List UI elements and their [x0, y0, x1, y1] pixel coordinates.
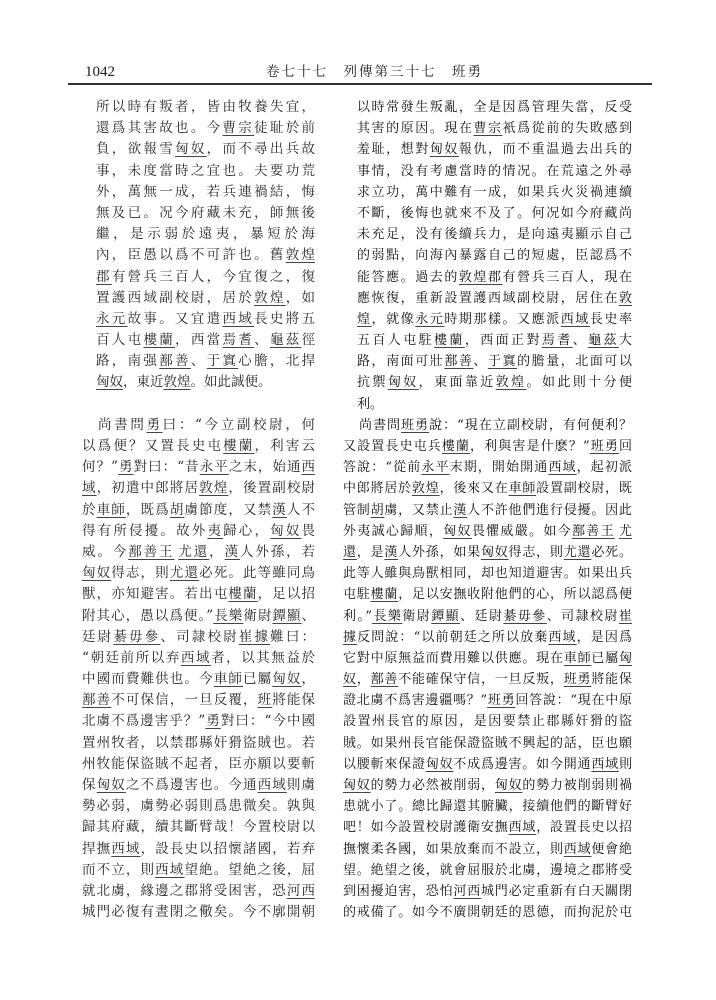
text-segment: 於	[82, 502, 97, 518]
text-segment: ，既爲	[126, 502, 170, 518]
text-segment: ，如	[286, 290, 315, 306]
paragraph: 尚書問班勇說：“現在立副校尉，有何便利？又設置長史屯兵樓蘭，利與害是什麽？”班勇…	[343, 415, 632, 924]
proper-noun: 永元	[96, 311, 128, 327]
proper-noun: 匈奴	[426, 757, 454, 772]
page-number: 1042	[85, 63, 115, 81]
text-segment: 則虜	[287, 777, 315, 793]
text-line: 州牧能保盜賊不起者，臣亦願以要斬	[82, 754, 315, 775]
text-line: 據反問說：“以前朝廷之所以放棄西域，是因爲	[343, 627, 632, 648]
text-segment: 、	[302, 608, 316, 624]
text-segment: 百人屯	[96, 332, 143, 348]
text-line: “朝廷前所以弃西域者，以其無益於	[82, 648, 315, 669]
text-segment: 撫懷柔各國，如果放棄而不設立，則	[343, 842, 564, 857]
text-segment: ，西當	[175, 332, 222, 348]
proper-noun: 勇	[146, 417, 162, 433]
proper-noun: 班	[258, 692, 273, 708]
proper-noun: 鐔顯	[431, 609, 460, 624]
proper-noun: 郡	[96, 269, 112, 285]
proper-noun: 敦煌	[286, 247, 315, 263]
text-segment: 中國而費難供也。今	[82, 671, 214, 687]
proper-noun: 勇	[118, 459, 134, 475]
text-line: 負，欲報雪匈奴，而不尋出兵故	[82, 139, 315, 160]
proper-noun: 西域	[564, 842, 592, 857]
text-line: 域，初遣中郎將居敦煌，後置副校尉	[82, 478, 315, 499]
text-segment: 、司隷校尉	[160, 629, 238, 645]
text-segment: 之末，始通	[229, 459, 302, 475]
text-segment: 勢必弱，虜勢必弱則爲患微矣。孰與	[82, 798, 315, 814]
proper-noun: 焉耆	[223, 332, 255, 348]
text-segment: 內，臣愚以爲不可許也。舊	[96, 247, 286, 263]
text-segment: 衛尉	[243, 608, 272, 624]
text-segment: 路，南面可壯	[357, 354, 444, 369]
text-segment: 不可保信，一旦反覆，	[111, 692, 257, 708]
text-line: 外夷誠心歸順，匈奴畏懼威嚴。如今鄯善王尤	[343, 521, 632, 542]
running-title: 卷七十七 列傳第三十七 班勇	[266, 63, 483, 81]
proper-noun: 煌	[357, 312, 372, 327]
text-line: 又設置長史屯兵樓蘭，利與害是什麽？”班勇回	[343, 436, 632, 457]
proper-noun: 漢	[272, 502, 287, 518]
proper-noun: 西域	[509, 820, 537, 835]
text-segment: 畏懼威嚴。如今	[472, 524, 572, 539]
text-segment: 人不	[287, 502, 315, 518]
proper-noun: 樓蘭	[223, 438, 254, 454]
text-segment: 將能保	[272, 692, 315, 708]
text-segment: 路，南强	[96, 353, 159, 369]
text-line: 永元故事。又宜遣西域長史將五	[82, 309, 315, 330]
proper-noun: 敦煌	[496, 375, 527, 390]
text-segment: 有營兵三百人，現在	[503, 270, 632, 285]
proper-noun: 匈奴	[495, 778, 523, 793]
text-segment: 得志，則	[111, 565, 170, 581]
text-line: 而不立，則西域望絶。望絶之後，屈	[82, 860, 315, 881]
proper-noun: 長樂	[213, 608, 243, 624]
text-segment: 曰：“今立副校尉，何	[163, 417, 315, 433]
text-segment: 、司隷校尉	[547, 609, 619, 624]
proper-noun: 鄯善	[159, 353, 191, 369]
proper-noun: 尤	[619, 524, 632, 539]
text-line: 還，是漢人外孫，如果匈奴得志，則尤還必死。	[343, 542, 632, 563]
text-segment: 反問說：“以前朝廷之所以放棄	[357, 630, 548, 645]
text-segment: 者，以其無益於	[211, 650, 315, 666]
text-line: 中郎將居於敦煌，後來又在車師設置副校尉，既	[343, 478, 632, 499]
text-segment: ，設長史以招懷諸國，若弃	[141, 841, 315, 857]
text-line: 北虜不爲邊害乎？”勇對曰：“今中國	[82, 711, 315, 732]
text-segment: 就北虜，緣邊之郡將受困害，恐	[82, 883, 287, 899]
proper-noun: 車師	[509, 481, 537, 496]
text-segment: 它對中原無益而費用難以供應。現在	[343, 651, 564, 666]
text-line: 還爲其害故也。今曹宗徒耻於前	[82, 118, 315, 139]
text-segment: 到困擾迫害，恐怕	[343, 884, 453, 899]
text-line: 管制胡虜，又禁止漢人不許他們進行侵擾。因此	[343, 500, 632, 521]
text-segment: 人不許他們進行侵擾。因此	[467, 503, 632, 518]
text-segment: 保	[82, 777, 97, 793]
text-line: 事，未度當時之宜也。夫要功荒	[82, 161, 315, 182]
text-line: 以時常發生叛亂，全是因爲管理失當，反受	[343, 97, 632, 118]
text-line: 保匈奴之不爲邊害也。今通西域則虜	[82, 775, 315, 796]
text-segment: 不成爲邊害。如今開通	[453, 757, 591, 772]
text-line: 路，南强鄯善、于窴心膽，北捍	[82, 351, 315, 372]
text-segment: 不能確保守信，一旦反叛，	[398, 672, 564, 687]
text-segment: 證北虜不爲害邊疆嗎？”	[343, 693, 487, 708]
text-segment: 獸，亦知避害。若出屯	[82, 586, 228, 602]
proper-noun: 域	[82, 480, 97, 496]
text-segment: 患就小了。總比歸還其腑臟，接續他們的斷臂好	[343, 799, 632, 814]
text-segment: 能答應。過去的	[357, 270, 459, 285]
text-segment: 還爲其害故也。今	[96, 120, 222, 136]
text-line: 獸，亦知避害。若出屯樓蘭，足以招	[82, 584, 315, 605]
text-segment: 對曰：“昔	[134, 459, 200, 475]
text-line: 的弱點，向海內暴露自己的短處，臣認爲不	[343, 245, 632, 266]
paragraph: 以時常發生叛亂，全是因爲管理失當，反受其害的原因。現在曹宗衹爲從前的失敗感到羞耻…	[343, 97, 632, 415]
text-line: 屯駐樓蘭，足以安撫收附他們的心，所以認爲便	[343, 584, 632, 605]
proper-noun: 樓蘭	[143, 332, 175, 348]
text-line: 奴，鄯善不能確保守信，一旦反叛，班勇將能保	[343, 669, 632, 690]
text-segment: 望絶。望絶之後，屈	[184, 862, 315, 878]
proper-noun: 敦煌	[164, 374, 191, 390]
text-segment: 人外孫，若	[240, 544, 315, 560]
text-line: 此等人雖與鳥獸相同，却也知道避害。如果出兵	[343, 563, 632, 584]
proper-noun: 勇	[205, 713, 221, 729]
text-segment: 的勢力必然被削弱，	[371, 778, 495, 793]
proper-noun: 龜茲	[588, 333, 619, 348]
text-line: 煌，就像永元時期那樣。又應派西域長史率	[343, 309, 632, 330]
proper-noun: 漢	[225, 544, 240, 560]
proper-noun: 胡	[170, 502, 185, 518]
text-segment: 外夷誠心歸順，	[343, 524, 443, 539]
proper-noun: 匈奴	[270, 523, 301, 539]
proper-noun: 班勇	[487, 693, 515, 708]
text-segment: 城門必定重新有白天關閉	[481, 884, 632, 899]
text-segment: 尚書問	[359, 418, 401, 433]
text-segment: 屯駐	[343, 587, 371, 602]
text-segment: 北虜不爲邊害乎？”	[82, 713, 205, 729]
text-segment: 利。”	[343, 609, 372, 624]
text-segment: 。如此則十分便	[527, 375, 632, 390]
text-segment: 徑	[302, 332, 316, 348]
text-line: 捍撫西域，設長史以招懷諸國，若弃	[82, 839, 315, 860]
proper-noun: 尤還	[170, 565, 199, 581]
text-segment: 回答說：“現在中原	[515, 693, 632, 708]
text-segment: 管制	[343, 503, 371, 518]
proper-noun: 綦毋參	[113, 629, 160, 645]
text-segment: ，	[357, 672, 371, 687]
text-segment: 五百人屯駐	[357, 333, 434, 348]
proper-noun: 敦煌	[254, 290, 286, 306]
proper-noun: 匈奴	[82, 565, 111, 581]
text-segment: 置護西域副校尉，居於	[96, 290, 254, 306]
proper-noun: 樓蘭	[442, 439, 470, 454]
text-segment: ，	[209, 544, 224, 560]
text-segment: 以腰斬來保證	[343, 757, 426, 772]
proper-noun: 漢	[453, 503, 467, 518]
proper-noun: 據	[343, 630, 357, 645]
text-segment: 事情，没有考慮當時的情况。在荒遠之外尋	[357, 164, 632, 179]
proper-noun: 崔	[619, 609, 632, 624]
text-line: 何？”勇對曰：“昔永平之末，始通西	[82, 457, 315, 478]
text-segment: 城門必復有晝閉之儆矣。今不廓開朝	[82, 904, 315, 920]
proper-noun: 長樂	[372, 609, 402, 624]
header-rule	[68, 83, 652, 85]
proper-noun: 匈奴	[96, 374, 123, 390]
text-segment: ，東面靠近	[419, 375, 496, 390]
text-line: 百人屯樓蘭，西當焉耆、龜茲徑	[82, 330, 315, 351]
text-line: 得有所侵擾。故外夷歸心，匈奴畏	[82, 521, 315, 542]
text-segment: 所以時有叛者，皆由牧養失宜，	[96, 99, 315, 115]
text-line: 尚書問勇曰：“今立副校尉，何	[82, 415, 315, 436]
text-line: 威。今鄯善王尤還，漢人外孫，若	[82, 542, 315, 563]
proper-noun: 樓蘭	[371, 587, 399, 602]
text-line: 事情，没有考慮當時的情况。在荒遠之外尋	[343, 161, 632, 182]
text-line: 應恢復，重新設置護西域副校尉，居住在敦	[343, 288, 632, 309]
proper-noun: 夷	[207, 523, 223, 539]
text-line: 的戒備了。如今不廣開朝廷的恩德，而拘泥於屯	[343, 902, 632, 923]
proper-noun: 龜茲	[270, 332, 302, 348]
text-segment: 置州牧者，以禁郡縣奸猾盜賊也。若	[82, 735, 315, 751]
proper-noun: 班勇	[564, 672, 592, 687]
text-line: 附其心，愚以爲便。”長樂衛尉鐔顯、	[82, 606, 315, 627]
proper-noun: 匈奴	[443, 524, 472, 539]
text-segment: 得有所侵擾。故外	[82, 523, 207, 539]
text-segment: 已屬	[243, 671, 272, 687]
proper-noun: 漢	[384, 545, 398, 560]
text-line: 尚書問班勇說：“現在立副校尉，有何便利？	[343, 415, 632, 436]
text-line: 設置州長官的原因，是因要禁止郡縣奸猾的盜	[343, 711, 632, 732]
proper-noun: 還	[343, 545, 357, 560]
proper-noun: 鄯善	[444, 354, 473, 369]
text-line: 到困擾迫害，恐怕河西城門必定重新有白天關閉	[343, 881, 632, 902]
proper-noun: 匈奴	[481, 545, 509, 560]
text-segment: 威。今	[82, 544, 128, 560]
proper-noun: 崔據	[239, 629, 270, 645]
proper-noun: 班勇	[401, 418, 429, 433]
text-segment: 外，萬無一成，若兵連禍結，悔	[96, 184, 315, 200]
proper-noun: 鄯善王	[572, 524, 615, 539]
proper-noun: 鄯善	[82, 692, 111, 708]
proper-noun: 匈奴	[343, 778, 371, 793]
text-segment: 尚書問	[98, 417, 146, 433]
text-segment: 州牧能保盜賊不起者，臣亦願以要斬	[82, 756, 315, 772]
text-segment: 負，欲報雪	[96, 141, 175, 157]
text-line: 鄯善不可保信，一旦反覆，班將能保	[82, 690, 315, 711]
text-segment: 畏	[302, 523, 316, 539]
text-line: 撫懷柔各國，如果放棄而不設立，則西域便會絶	[343, 839, 632, 860]
text-segment: 虜，又禁止	[384, 503, 453, 518]
text-segment: 的戒備了。如今不廣開朝廷的恩德，而拘泥於屯	[343, 905, 632, 920]
text-segment: 中郎將居於	[343, 481, 412, 496]
text-segment: 繼，是示弱於遠夷，暴短於海	[96, 226, 315, 242]
text-line: 賊。如果州長官能保證盜賊不興起的話，臣也願	[343, 733, 632, 754]
text-segment: 求立功，萬中難有一成，如果兵火災禍連續	[357, 185, 632, 200]
paragraph: 所以時有叛者，皆由牧養失宜，還爲其害故也。今曹宗徒耻於前負，欲報雪匈奴，而不尋出…	[82, 97, 315, 394]
text-segment: 事，未度當時之宜也。夫要功荒	[96, 163, 315, 179]
original-text-column: 所以時有叛者，皆由牧養失宜，還爲其害故也。今曹宗徒耻於前負，欲報雪匈奴，而不尋出…	[82, 97, 315, 923]
text-line: 匈奴，東近敦煌。如此誠便。	[82, 372, 315, 393]
proper-noun: 西域	[548, 630, 576, 645]
text-segment: ，西面正對	[465, 333, 542, 348]
text-segment: 利。	[357, 397, 383, 412]
text-line: 證北虜不爲害邊疆嗎？”班勇回答說：“現在中原	[343, 690, 632, 711]
proper-noun: 曹宗	[473, 121, 502, 136]
text-segment: 此等人雖與鳥獸相同，却也知道避害。如果出兵	[343, 566, 632, 581]
text-segment: 捍撫	[82, 841, 111, 857]
text-line: 廷尉綦毋參、司隷校尉崔據難曰：	[82, 627, 315, 648]
text-segment: 對曰：“今中國	[221, 713, 315, 729]
text-segment: 歸其府藏，續其斷臂哉！今置校尉以	[82, 819, 315, 835]
text-line: 城門必復有晝閉之儆矣。今不廓開朝	[82, 902, 315, 923]
text-segment: 應恢復，重新設置護西域副校尉，居住在	[357, 291, 619, 306]
proper-noun: 匈奴	[272, 671, 301, 687]
proper-noun: 西域	[258, 777, 287, 793]
text-segment: 、	[473, 354, 488, 369]
text-line: 能答應。過去的敦煌郡有營兵三百人，現在	[343, 267, 632, 288]
text-segment: 答說：“從前	[343, 460, 421, 475]
text-line: 匈奴得志，則尤還必死。此等雖同鳥	[82, 563, 315, 584]
text-segment: ，利與害是什麽？”	[470, 439, 590, 454]
text-line: 匈奴的勢力必然被削弱，匈奴的勢力被削弱則禍	[343, 775, 632, 796]
text-segment: 吧！如今設置校尉護衛安撫	[343, 820, 509, 835]
text-segment: ，足以安撫收附他們的心，所以認爲便	[398, 587, 632, 602]
text-segment: 歸心，	[223, 523, 270, 539]
text-segment: 已屬	[591, 651, 619, 666]
proper-noun: 樓蘭	[228, 586, 257, 602]
text-line: 郡有營兵三百人，今宜復之，復	[82, 267, 315, 288]
text-line: 繼，是示弱於遠夷，暴短於海	[82, 224, 315, 245]
proper-noun: 西域	[561, 312, 590, 327]
proper-noun: 班勇	[590, 439, 619, 454]
text-segment: 附其心，愚以爲便。”	[82, 608, 213, 624]
text-segment: ，設置長史以招	[536, 820, 632, 835]
text-segment: 、	[573, 333, 588, 348]
text-line: 利。”長樂衛尉鐔顯、廷尉綦毋參、司隷校尉崔	[343, 606, 632, 627]
text-line: 望。絶望之後，就會屈服於北虜，邊境之郡將受	[343, 860, 632, 881]
text-segment: 虜節度，又禁	[184, 502, 272, 518]
text-segment: 必死。	[591, 545, 632, 560]
proper-noun: 焉耆	[542, 333, 573, 348]
text-line: 未充足，没有後續兵力，是向遠夷顯示自己	[343, 224, 632, 245]
text-segment: 便會絶	[591, 842, 632, 857]
text-segment: 長史將五	[254, 311, 315, 327]
text-segment: 之不爲邊害也。今通	[126, 777, 258, 793]
proper-noun: 車師	[214, 671, 243, 687]
proper-noun: 敦煌	[199, 480, 228, 496]
text-segment: 以爲便？又置長史屯	[82, 438, 223, 454]
text-line: 吧！如今設置校尉護衛安撫西域，設置長史以招	[343, 817, 632, 838]
proper-noun: 樓蘭	[434, 333, 465, 348]
proper-noun: 西域	[111, 841, 140, 857]
text-segment: 賊。如果州長官能保證盜賊不興起的話，臣也願	[343, 736, 632, 751]
proper-noun: 敦煌	[412, 481, 440, 496]
text-segment: 心膽，北捍	[238, 353, 315, 369]
text-line: 患就小了。總比歸還其腑臟，接續他們的斷臂好	[343, 796, 632, 817]
text-segment: 羞耻，想對	[357, 142, 430, 157]
proper-noun: 匈	[619, 651, 632, 666]
text-segment: 而不立，則	[82, 862, 155, 878]
proper-noun: 西域	[222, 311, 254, 327]
proper-noun: 西域	[548, 460, 576, 475]
text-segment: 不斷，後悔也就來不及了。何况如今府藏尚	[357, 206, 632, 221]
text-segment: 報仇，而不重温過去出兵的	[459, 142, 632, 157]
text-segment: ，	[302, 671, 316, 687]
text-segment: 時期那樣。又應派	[444, 312, 560, 327]
text-segment: 廷尉	[82, 629, 113, 645]
text-segment: 衛尉	[402, 609, 431, 624]
proper-noun: 敦	[619, 291, 632, 306]
proper-noun: 胡	[371, 503, 385, 518]
proper-noun: 車師	[564, 651, 592, 666]
text-segment: ，足以招	[258, 586, 315, 602]
text-segment: 、廷尉	[460, 609, 503, 624]
proper-noun: 鐔顯	[272, 608, 301, 624]
proper-noun: 奴	[343, 672, 357, 687]
text-segment: ，東近	[123, 374, 164, 390]
text-line: 羞耻，想對匈奴報仇，而不重温過去出兵的	[343, 139, 632, 160]
text-segment: 長史率	[590, 312, 632, 327]
text-segment: 說：“現在立副校尉，有何便利？	[429, 418, 632, 433]
text-line: 利。	[343, 394, 632, 415]
text-segment: 衹爲從前的失敗感到	[503, 121, 632, 136]
text-line: 以爲便？又置長史屯樓蘭，利害云	[82, 436, 315, 457]
text-segment: 得志，則	[509, 545, 564, 560]
text-segment: 的弱點，向海內暴露自己的短處，臣認爲不	[357, 248, 632, 263]
text-line: 就北虜，緣邊之郡將受困害，恐河西	[82, 881, 315, 902]
text-segment: 回	[619, 439, 632, 454]
proper-noun: 西域	[591, 757, 619, 772]
text-segment: ，後來又在	[440, 481, 509, 496]
text-segment: 有營兵三百人，今宜復之，復	[112, 269, 315, 285]
proper-noun: 敦煌郡	[459, 270, 503, 285]
text-line: 歸其府藏，續其斷臂哉！今置校尉以	[82, 817, 315, 838]
text-segment: 。如此誠便。	[191, 374, 272, 390]
text-line: 中國而費難供也。今車師已屬匈奴，	[82, 669, 315, 690]
proper-noun: 西域	[181, 650, 211, 666]
proper-noun: 西	[302, 459, 316, 475]
proper-noun: 永平	[421, 460, 449, 475]
text-line: 五百人屯駐樓蘭，西面正對焉耆、龜茲大	[343, 330, 632, 351]
text-line: 它對中原無益而費用難以供應。現在車師已屬匈	[343, 648, 632, 669]
proper-noun: 鄯善王	[128, 544, 174, 560]
text-line: 不斷，後悔也就來不及了。何况如今府藏尚	[343, 203, 632, 224]
proper-noun: 匈奴	[388, 375, 419, 390]
text-segment: 末期，開始開通	[450, 460, 549, 475]
text-line: 無及已。况今府藏未充，師無後	[82, 203, 315, 224]
text-line: 所以時有叛者，皆由牧養失宜，	[82, 97, 315, 118]
text-segment: ，初遣中郎將居	[97, 480, 199, 496]
text-segment: 難曰：	[270, 629, 315, 645]
proper-noun: 于窴	[488, 354, 517, 369]
text-line: 於車師，既爲胡虜節度，又禁漢人不	[82, 500, 315, 521]
proper-noun: 匈奴	[430, 142, 459, 157]
paragraph: 尚書問勇曰：“今立副校尉，何以爲便？又置長史屯樓蘭，利害云何？”勇對曰：“昔永平…	[82, 415, 315, 924]
text-segment: 大	[619, 333, 632, 348]
text-segment: ，利害云	[254, 438, 315, 454]
text-segment: 又設置長史屯兵	[343, 439, 442, 454]
text-segment: 則	[619, 757, 632, 772]
proper-noun: 尤還	[564, 545, 592, 560]
text-line: 置護西域副校尉，居於敦煌，如	[82, 288, 315, 309]
text-segment: 、	[254, 332, 270, 348]
proper-noun: 河西	[453, 884, 481, 899]
text-segment: 其害的原因。現在	[357, 121, 473, 136]
text-line: 抗禦匈奴，東面靠近敦煌。如此則十分便	[343, 372, 632, 393]
text-segment: 望。絶望之後，就會屈服於北虜，邊境之郡將受	[343, 863, 632, 878]
proper-noun: 永平	[200, 459, 229, 475]
text-segment: ，起初派	[577, 460, 632, 475]
text-segment: 設置副校尉，既	[536, 481, 632, 496]
text-segment: 設置州長官的原因，是因要禁止郡縣奸猾的盜	[343, 714, 632, 729]
proper-noun: 河西	[287, 883, 315, 899]
text-segment: 的膽量，北面可以	[517, 354, 632, 369]
text-line: 勢必弱，虜勢必弱則爲患微矣。孰與	[82, 796, 315, 817]
